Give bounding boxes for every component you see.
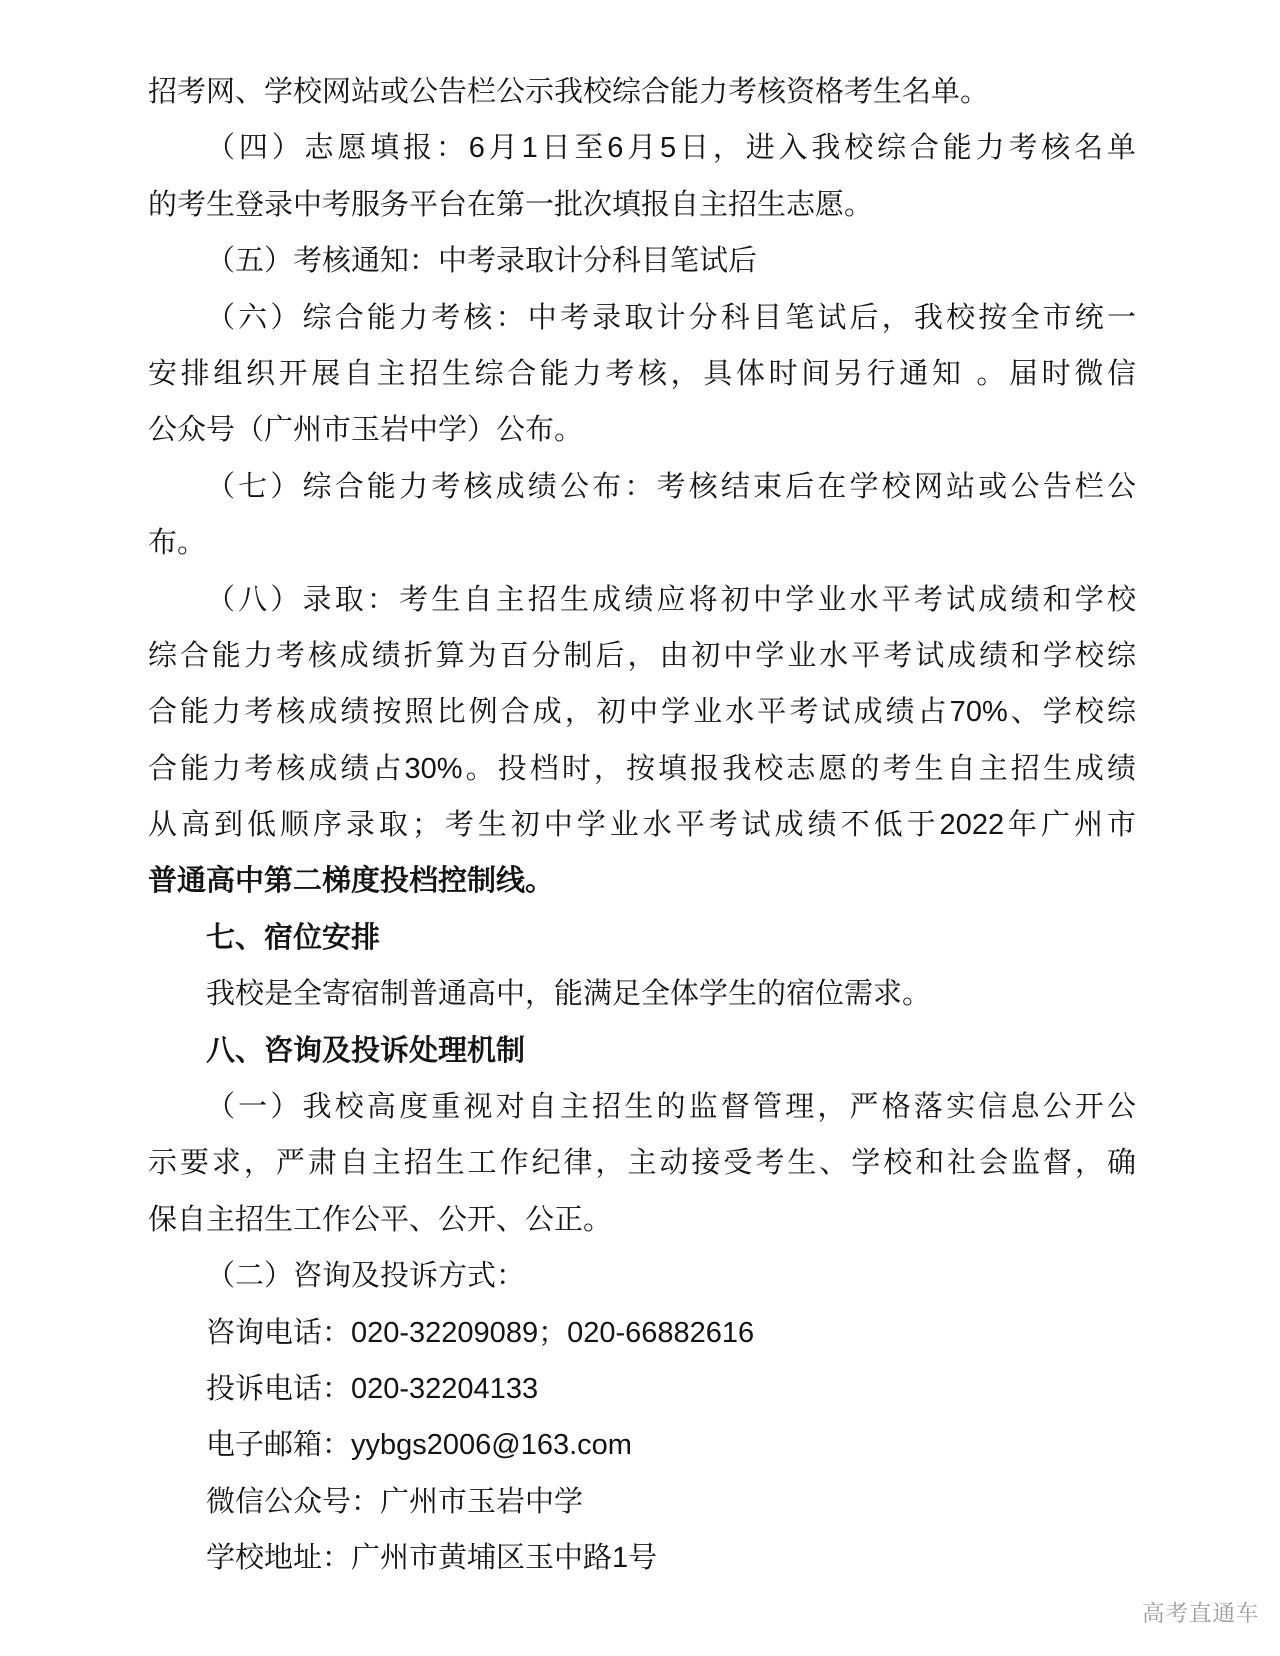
text-line: 八、咨询及投诉处理机制 xyxy=(148,1023,1136,1079)
text-line: （一）我校高度重视对自主招生的监督管理，严格落实信息公开公 xyxy=(148,1079,1136,1135)
text-line: 电子邮箱：yybgs2006@163.com xyxy=(148,1417,1136,1473)
text-line: （四）志愿填报：6月1日至6月5日，进入我校综合能力考核名单 xyxy=(148,120,1136,176)
text-line: 招考网、学校网站或公告栏公示我校综合能力考核资格考生名单。 xyxy=(148,64,1136,120)
watermark: 高考直通车 xyxy=(1142,1596,1260,1628)
text-line: （六）综合能力考核：中考录取计分科目笔试后，我校按全市统一 xyxy=(148,290,1136,346)
text-line: 七、宿位安排 xyxy=(148,910,1136,966)
text-line: 投诉电话：020-32204133 xyxy=(148,1361,1136,1417)
text-line: （二）咨询及投诉方式： xyxy=(148,1248,1136,1304)
text-line: 我校是全寄宿制普通高中，能满足全体学生的宿位需求。 xyxy=(148,966,1136,1022)
text-line: 咨询电话：020-32209089；020-66882616 xyxy=(148,1305,1136,1361)
text-line: 合能力考核成绩按照比例合成，初中学业水平考试成绩占70%、学校综 xyxy=(148,684,1136,740)
text-line: 合能力考核成绩占30%。投档时，按填报我校志愿的考生自主招生成绩 xyxy=(148,741,1136,797)
text-line: 布。 xyxy=(148,515,1136,571)
text-line: 的考生登录中考服务平台在第一批次填报自主招生志愿。 xyxy=(148,177,1136,233)
text-line: 安排组织开展自主招生综合能力考核，具体时间另行通知 。届时微信 xyxy=(148,346,1136,402)
text-line: 微信公众号：广州市玉岩中学 xyxy=(148,1474,1136,1530)
text-line: 从高到低顺序录取；考生初中学业水平考试成绩不低于2022年广州市 xyxy=(148,797,1136,853)
text-line: 综合能力考核成绩折算为百分制后，由初中学业水平考试成绩和学校综 xyxy=(148,628,1136,684)
text-line: 公众号（广州市玉岩中学）公布。 xyxy=(148,402,1136,458)
text-line: 示要求，严肃自主招生工作纪律，主动接受考生、学校和社会监督，确 xyxy=(148,1135,1136,1191)
document-body: 招考网、学校网站或公告栏公示我校综合能力考核资格考生名单。（四）志愿填报：6月1… xyxy=(148,64,1136,1587)
text-line: （五）考核通知：中考录取计分科目笔试后 xyxy=(148,233,1136,289)
text-line: （七）综合能力考核成绩公布：考核结束后在学校网站或公告栏公 xyxy=(148,459,1136,515)
document-page: 招考网、学校网站或公告栏公示我校综合能力考核资格考生名单。（四）志愿填报：6月1… xyxy=(0,0,1280,1656)
text-line: 学校地址：广州市黄埔区玉中路1号 xyxy=(148,1530,1136,1586)
text-line: （八）录取：考生自主招生成绩应将初中学业水平考试成绩和学校 xyxy=(148,572,1136,628)
text-line: 普通高中第二梯度投档控制线。 xyxy=(148,853,1136,909)
text-line: 保自主招生工作公平、公开、公正。 xyxy=(148,1192,1136,1248)
